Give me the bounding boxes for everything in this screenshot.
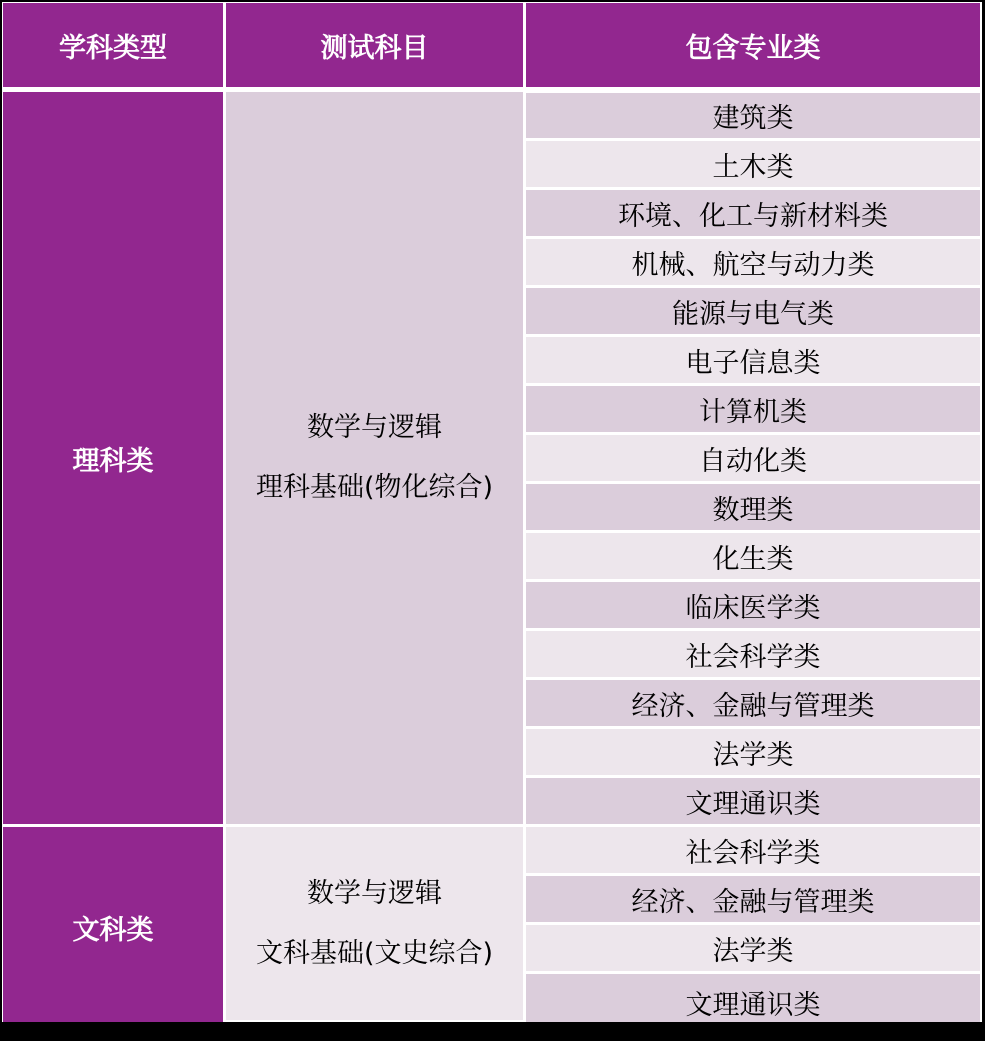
majors-table: 学科类型 测试科目 包含专业类 理科类 数学与逻辑 理科基础(物化综合) 文科类… xyxy=(2,2,982,1022)
header-test-subjects: 测试科目 xyxy=(226,3,523,87)
subjects-arts: 数学与逻辑 文科基础(文史综合) xyxy=(226,827,523,1020)
major-row: 社会科学类 xyxy=(526,631,980,677)
major-row: 文理通识类 xyxy=(526,974,980,1022)
subject-line: 数学与逻辑 xyxy=(307,398,442,458)
major-row: 机械、航空与动力类 xyxy=(526,239,980,285)
subject-line: 文科基础(文史综合) xyxy=(256,924,493,984)
major-row: 临床医学类 xyxy=(526,582,980,628)
major-row: 数理类 xyxy=(526,484,980,530)
major-row: 土木类 xyxy=(526,141,980,187)
major-row: 文理通识类 xyxy=(526,778,980,824)
major-row: 计算机类 xyxy=(526,386,980,432)
major-row: 经济、金融与管理类 xyxy=(526,680,980,726)
subjects-science: 数学与逻辑 理科基础(物化综合) xyxy=(226,92,523,824)
major-row: 能源与电气类 xyxy=(526,288,980,334)
major-row: 电子信息类 xyxy=(526,337,980,383)
header-subject-type: 学科类型 xyxy=(3,3,223,87)
major-row: 化生类 xyxy=(526,533,980,579)
major-row: 经济、金融与管理类 xyxy=(526,876,980,922)
major-row: 法学类 xyxy=(526,729,980,775)
major-row: 社会科学类 xyxy=(526,827,980,873)
category-science: 理科类 xyxy=(3,92,223,824)
category-arts: 文科类 xyxy=(3,827,223,1022)
major-row: 环境、化工与新材料类 xyxy=(526,190,980,236)
major-row: 建筑类 xyxy=(526,93,980,138)
header-majors: 包含专业类 xyxy=(526,3,980,87)
major-row: 自动化类 xyxy=(526,435,980,481)
major-row: 法学类 xyxy=(526,925,980,971)
subject-line: 理科基础(物化综合) xyxy=(256,458,493,518)
subject-line: 数学与逻辑 xyxy=(307,864,442,924)
